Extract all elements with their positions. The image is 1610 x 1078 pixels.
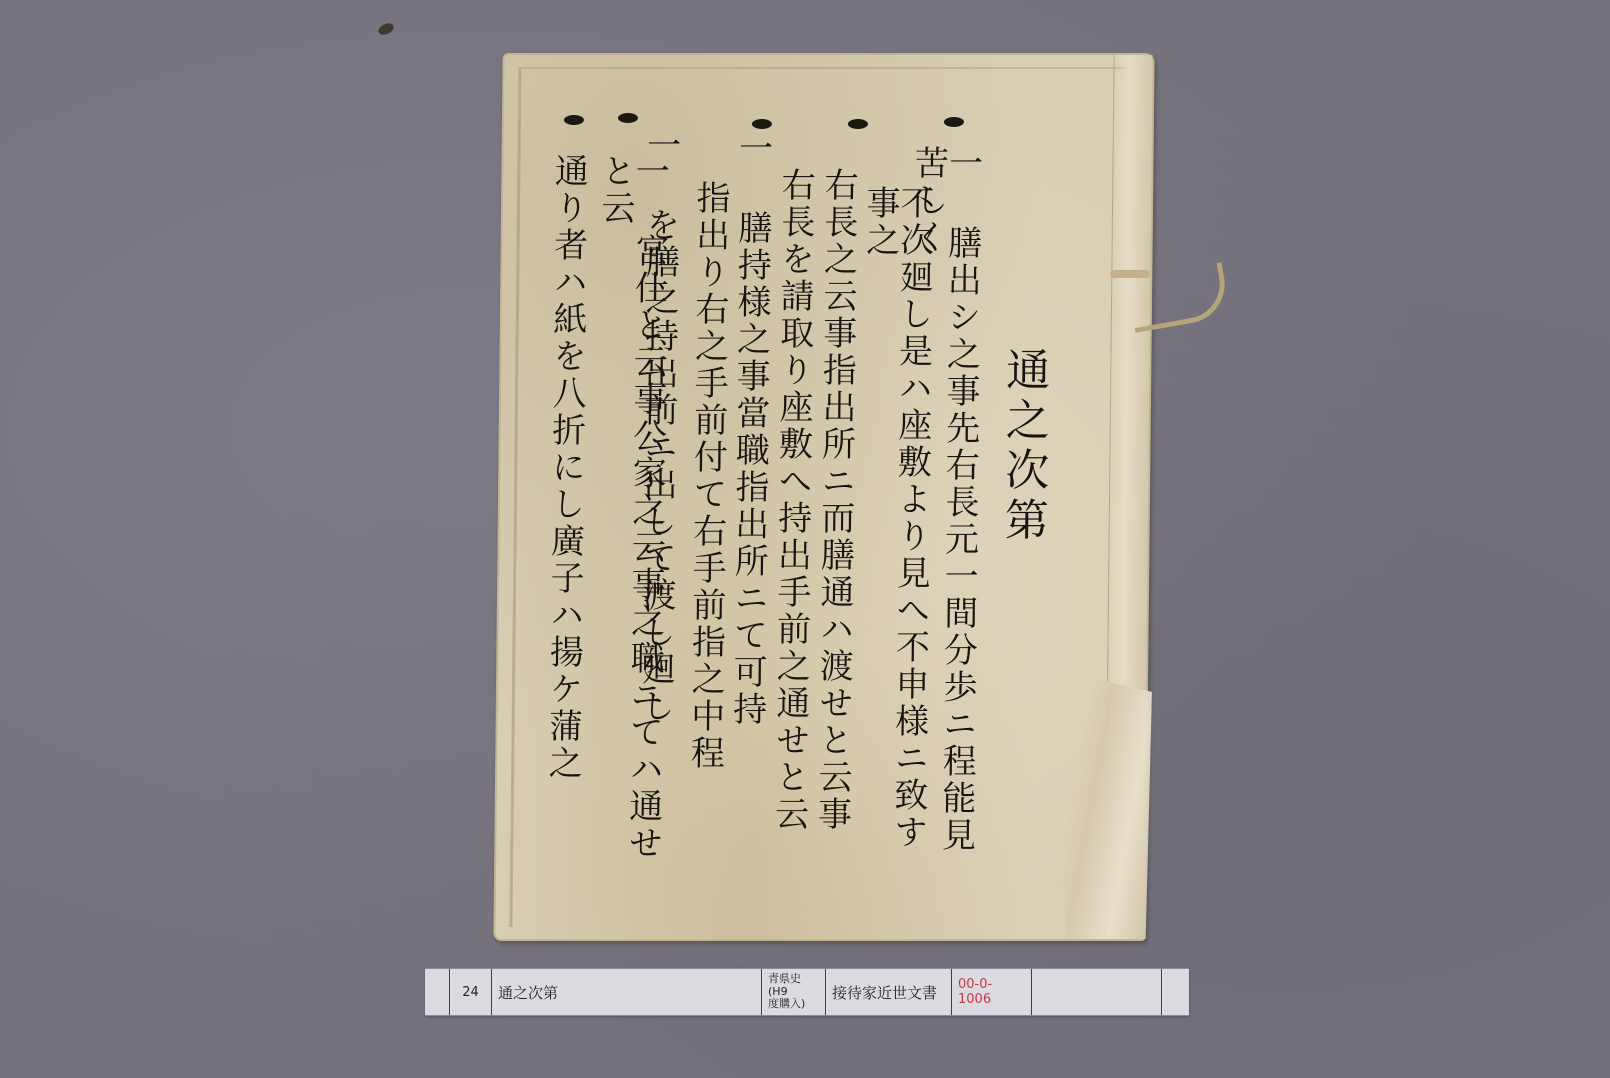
item-mark: [752, 119, 772, 129]
text-column-2: 不次廻し是ハ座敷より見へ不申様ニ致す事之: [856, 185, 931, 885]
label-source: 青県史(H9 度購入): [762, 969, 826, 1015]
label-document-title: 通之次第: [492, 969, 762, 1015]
item-mark: [618, 113, 638, 123]
text-column-8: 一 宮仕と云事公家之云事之職ニてハ通せと云: [591, 153, 667, 893]
item-mark: [944, 117, 964, 127]
item-marks: [504, 115, 1152, 135]
manuscript-page: 通之次第 一 膳出シ之事先右長元一間分歩ニ程能見苦しく 不次廻し是ハ座敷より見へ…: [493, 53, 1154, 941]
catalog-label-strip: 24 通之次第 青県史(H9 度購入) 接待家近世文書 00-0-1006: [425, 968, 1189, 1016]
label-cell-blank-left: [425, 969, 450, 1015]
label-cell-blank-1: [1032, 969, 1162, 1015]
item-mark: [564, 115, 584, 125]
label-item-number: 24: [450, 969, 492, 1015]
label-cell-blank-2: [1162, 969, 1189, 1015]
item-mark: [848, 119, 868, 129]
text-column-3: 右長之云事指出所ニ而膳通ハ渡せと云事: [814, 167, 855, 867]
dust-speck: [377, 21, 396, 37]
document-title-column: 通之次第: [999, 347, 1045, 547]
text-column-4: 右長を請取り座敷へ持出手前之通せと云: [771, 167, 812, 867]
label-catalog-id: 00-0-1006: [952, 969, 1032, 1015]
label-collection: 接待家近世文書: [826, 969, 952, 1015]
